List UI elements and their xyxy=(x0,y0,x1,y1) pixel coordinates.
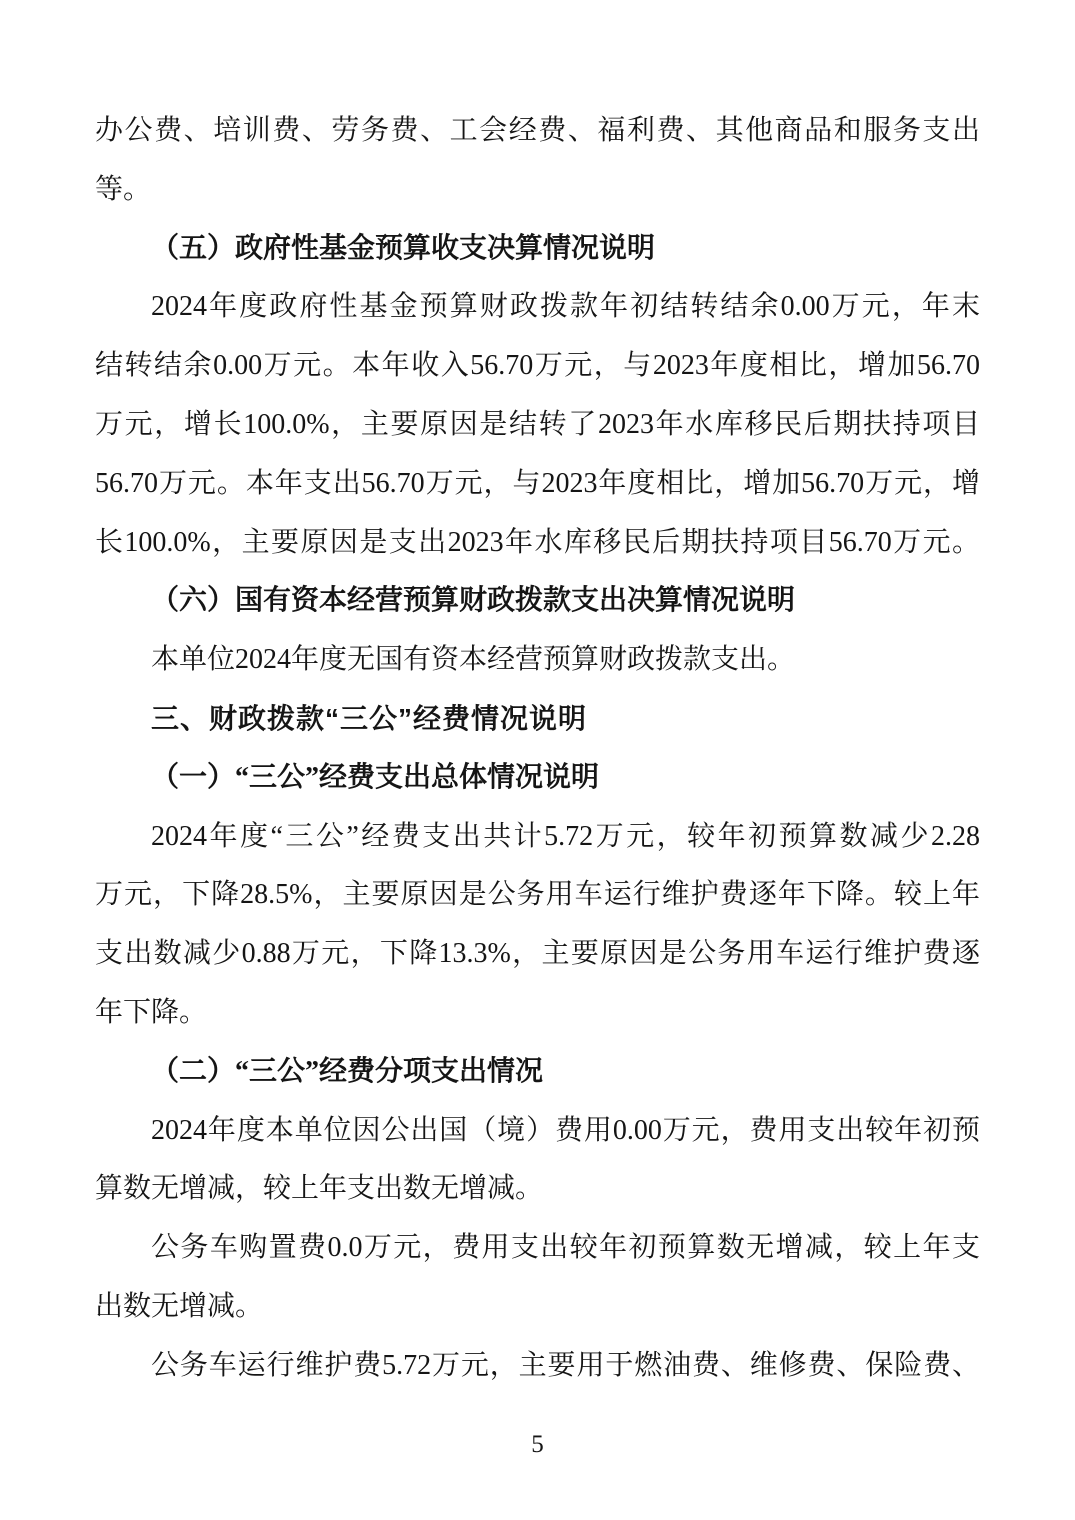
section-heading: （一）“三公”经费支出总体情况说明 xyxy=(95,749,980,808)
text-line: 公务车购置费0.0万元，费用支出较年初预算数无增减，较上年支 xyxy=(95,1219,980,1278)
text-line: 公务车运行维护费5.72万元，主要用于燃油费、维修费、保险费、 xyxy=(95,1337,980,1396)
text-line: 支出数减少0.88万元，下降13.3%，主要原因是公务用车运行维护费逐 xyxy=(95,925,980,984)
section-heading: （五）政府性基金预算收支决算情况说明 xyxy=(95,220,980,279)
text-line: 本单位2024年度无国有资本经营预算财政拨款支出。 xyxy=(95,631,980,690)
text-line: 2024年度本单位因公出国（境）费用0.00万元，费用支出较年初预 xyxy=(95,1102,980,1161)
text-line: 2024年度政府性基金预算财政拨款年初结转结余0.00万元，年末 xyxy=(95,278,980,337)
text-line: 长100.0%，主要原因是支出2023年水库移民后期扶持项目56.70万元。 xyxy=(95,514,980,573)
section-heading: 三、财政拨款“三公”经费情况说明 xyxy=(95,690,980,749)
text-line: 2024年度“三公”经费支出共计5.72万元，较年初预算数减少2.28 xyxy=(95,808,980,867)
text-line: 56.70万元。本年支出56.70万元，与2023年度相比，增加56.70万元，… xyxy=(95,455,980,514)
document-body: 办公费、培训费、劳务费、工会经费、福利费、其他商品和服务支出等。（五）政府性基金… xyxy=(95,102,980,1396)
text-line: 等。 xyxy=(95,161,980,220)
document-page: 办公费、培训费、劳务费、工会经费、福利费、其他商品和服务支出等。（五）政府性基金… xyxy=(0,0,1075,1520)
section-heading: （六）国有资本经营预算财政拨款支出决算情况说明 xyxy=(95,572,980,631)
text-line: 算数无增减，较上年支出数无增减。 xyxy=(95,1160,980,1219)
text-line: 万元，下降28.5%，主要原因是公务用车运行维护费逐年下降。较上年 xyxy=(95,866,980,925)
text-line: 年下降。 xyxy=(95,984,980,1043)
page-number: 5 xyxy=(0,1430,1075,1460)
text-line: 结转结余0.00万元。本年收入56.70万元，与2023年度相比，增加56.70 xyxy=(95,337,980,396)
text-line: 出数无增减。 xyxy=(95,1278,980,1337)
text-line: 办公费、培训费、劳务费、工会经费、福利费、其他商品和服务支出 xyxy=(95,102,980,161)
section-heading: （二）“三公”经费分项支出情况 xyxy=(95,1043,980,1102)
text-line: 万元，增长100.0%，主要原因是结转了2023年水库移民后期扶持项目 xyxy=(95,396,980,455)
